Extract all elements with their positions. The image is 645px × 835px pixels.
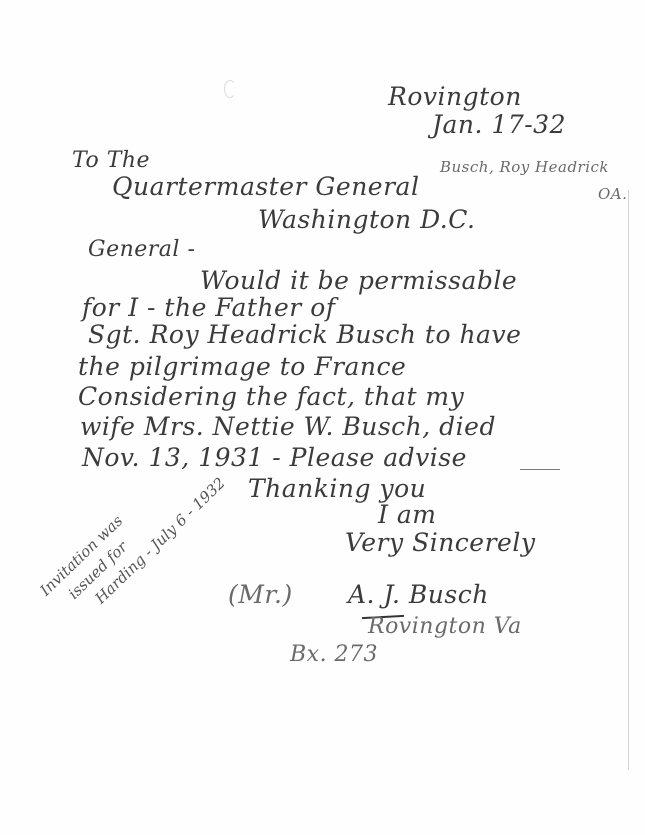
body-line-1: Would it be permissable bbox=[200, 266, 517, 295]
margin-note-line-2: issued for bbox=[50, 457, 215, 617]
punch-hole-mark bbox=[224, 80, 236, 98]
file-annotation-code: OA. bbox=[598, 185, 627, 203]
pen-stroke bbox=[520, 469, 560, 470]
body-line-7: Nov. 13, 1931 - Please advise bbox=[82, 443, 467, 472]
box-number: Bx. 273 bbox=[290, 642, 378, 667]
body-line-3: Sgt. Roy Headrick Busch to have bbox=[88, 320, 521, 349]
body-line-4: the pilgrimage to France bbox=[78, 352, 406, 381]
addressee-line-2: Quartermaster General bbox=[112, 172, 419, 201]
letter-page: Rovington Jan. 17-32 Busch, Roy Headrick… bbox=[0, 0, 645, 835]
body-line-2: for I - the Father of bbox=[82, 293, 336, 322]
body-line-5: Considering the fact, that my bbox=[78, 382, 464, 411]
signature-location: Rovington Va bbox=[368, 614, 522, 639]
header-place: Rovington bbox=[388, 82, 522, 111]
body-line-8: Thanking you bbox=[248, 474, 426, 503]
addressee-line-1: To The bbox=[72, 148, 150, 173]
closing-line-2: Very Sincerely bbox=[345, 528, 535, 557]
signature-name: A. J. Busch bbox=[348, 580, 489, 609]
body-line-6: wife Mrs. Nettie W. Busch, died bbox=[80, 412, 496, 441]
addressee-line-3: Washington D.C. bbox=[258, 205, 475, 234]
salutation: General - bbox=[88, 237, 195, 262]
signature-prefix: (Mr.) bbox=[228, 580, 293, 609]
page-edge-line bbox=[628, 190, 629, 770]
file-annotation-name: Busch, Roy Headrick bbox=[440, 158, 609, 176]
closing-line-1: I am bbox=[378, 500, 436, 529]
header-date: Jan. 17-32 bbox=[432, 110, 566, 139]
